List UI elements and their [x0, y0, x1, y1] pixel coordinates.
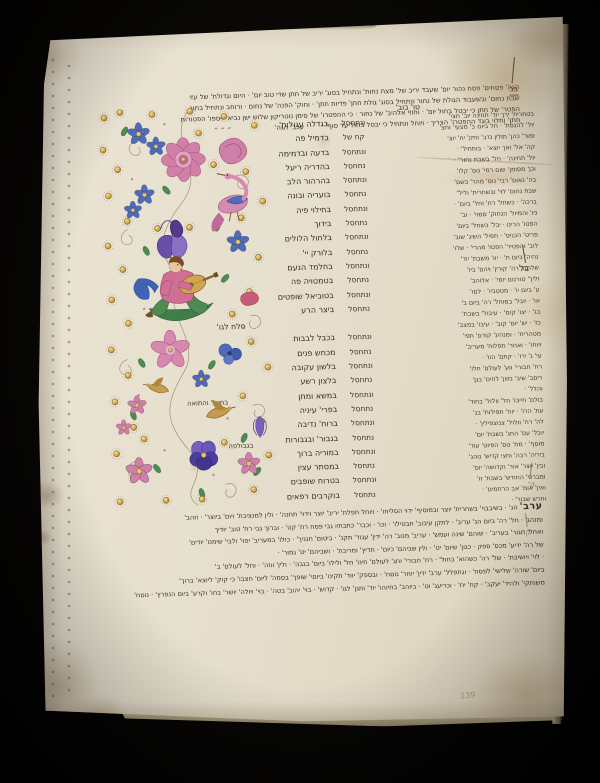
folio-number: 139	[460, 690, 476, 700]
piyyut-refrain: ונתחסל	[329, 144, 379, 159]
crane-bird	[210, 172, 250, 231]
bottom-lines: ומנהג' · חל' רה' ביום הג' עריב' · לתקן ע…	[81, 513, 545, 603]
piyyut-refrain: ונתחסל	[334, 287, 384, 302]
pansy-flower	[189, 441, 218, 471]
crocus-flower	[253, 416, 267, 437]
piyyut-refrain: נתחסל	[331, 216, 381, 231]
gold-bird	[143, 377, 169, 393]
flourish-stroke	[525, 513, 528, 527]
piyyut-refrain: נתחסל	[329, 158, 379, 173]
pink-flowers	[114, 392, 261, 486]
blue-bird-head	[134, 278, 159, 300]
piyyut-refrain: ונתחסל	[338, 416, 388, 431]
page-content: הגה' פסחים' פסח נהור יום' שעבד יריב של' …	[25, 6, 579, 730]
margin-mark-label: ק'	[523, 528, 531, 537]
piyyut-refrain: נתחסל	[334, 301, 384, 316]
opening-word: ערב'	[520, 501, 543, 513]
piyyut-refrain: ונתחסל	[330, 173, 380, 188]
blue-rose-cluster	[219, 343, 242, 364]
piyyut-refrain: נתחסל	[336, 373, 386, 388]
margin-mark-label: בל	[519, 264, 530, 274]
piyyut-refrain: ונתחסל	[328, 115, 378, 130]
flourish-stroke	[511, 57, 514, 83]
piyyut-refrain: ונתחסל	[336, 358, 386, 373]
piyyut-refrain: ונתחסל	[331, 201, 381, 216]
piyyut-refrain: נתחסל	[335, 344, 385, 359]
margin-mark: בב	[508, 57, 518, 96]
piyyut-refrain: נתחסל	[339, 458, 389, 473]
floral-border-illumination	[94, 104, 296, 510]
piyyut-refrain: ונתחסל	[339, 473, 389, 488]
piyyut-refrain: נתחסל	[340, 487, 390, 502]
piyyut-refrain: ונתחסל	[338, 444, 388, 459]
margin-mark: ק'	[527, 463, 535, 489]
piyyut-refrain: ונתחסל	[332, 230, 382, 245]
margin-mark-label: בב	[509, 84, 518, 96]
piyyut-refrain: נתחסל	[338, 430, 388, 445]
commentary-column: בנוחרית' ירך יוד' תחינה יוב' חצי'יול' לה…	[386, 109, 546, 513]
flourish-stroke	[529, 463, 532, 479]
margin-mark-label: ק'	[528, 480, 536, 489]
margin-mark: ק'	[523, 513, 531, 537]
piyyut-refrain: נתחסל	[333, 273, 383, 288]
margin-mark: בל	[518, 245, 529, 274]
piyyut-refrain: נתחסל	[330, 187, 380, 202]
piyyut-refrain: קח של	[329, 130, 379, 145]
trumpet-flower	[240, 292, 258, 306]
pink-flower-large	[149, 329, 192, 370]
lute-player	[133, 255, 222, 322]
flourish-stroke	[522, 245, 526, 263]
piyyut-refrain: נתחסל	[337, 401, 387, 416]
piyyut-refrain: ונתחסל	[333, 258, 383, 273]
photo-backdrop: הגה' פסחים' פסח נהור יום' שעבד יריב של' …	[0, 0, 600, 783]
rose-flower	[161, 137, 206, 182]
pink-bud	[219, 138, 248, 165]
manuscript-page: הגה' פסחים' פסח נהור יום' שעבד יריב של' …	[36, 14, 568, 722]
piyyut-refrain: ונתחסל	[335, 330, 385, 345]
piyyut-refrain: נתחסל	[332, 244, 382, 259]
gold-bird	[206, 400, 236, 419]
piyyut-refrain: ונתחסל	[337, 387, 387, 402]
bottom-text-block: ערב' הג' · בשיבבוי' בשחרית' יוצר ובמוסיף…	[81, 501, 546, 604]
